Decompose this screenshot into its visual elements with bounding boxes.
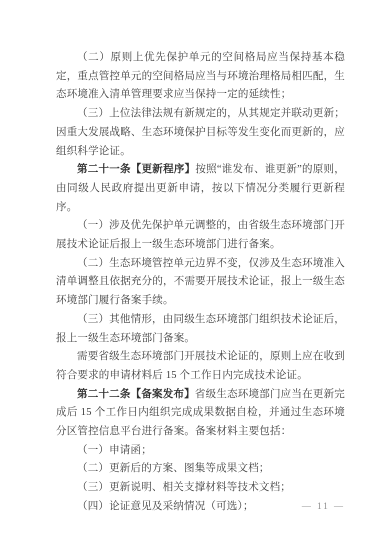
document-body: （二）原则上优先保护单元的空间格局应当保持基本稳定，重点管控单元的空间格局应当与…	[56, 49, 345, 517]
paragraph-text: （四）论证意见及采纳情况（可选）；	[77, 501, 254, 512]
paragraph-text: （三）其他情形，由同级生态环境部门组织技术论证后，报上一级生态环境部门备案。	[56, 314, 345, 344]
paragraph-text: （三）更新说明、相关支撑材料等技术文档；	[77, 482, 291, 493]
paragraph-article-22: 第二十二条【备案发布】省级生态环境部门应当在更新完成后 15 个工作日内组织完成…	[56, 386, 345, 442]
list-item: （三）更新说明、相关支撑材料等技术文档；	[56, 479, 345, 498]
list-item: （二）更新后的方案、图集等成果文档；	[56, 460, 345, 479]
paragraph-text: （一）涉及优先保护单元调整的，由省级生态环境部门开展技术论证后报上一级生态环境部…	[56, 220, 345, 250]
document-page: （二）原则上优先保护单元的空间格局应当保持基本稳定，重点管控单元的空间格局应当与…	[0, 0, 390, 551]
paragraph-text: （二）生态环境管控单元边界不变，仅涉及生态环境准入清单调整且依据充分的，不需要开…	[56, 258, 345, 306]
clause-lead: 第二十二条【备案发布】	[77, 389, 195, 400]
paragraph: （二）生态环境管控单元边界不变，仅涉及生态环境准入清单调整且依据充分的，不需要开…	[56, 255, 345, 311]
page-number: — 11 —	[302, 501, 345, 511]
paragraph: （一）涉及优先保护单元调整的，由省级生态环境部门开展技术论证后报上一级生态环境部…	[56, 217, 345, 254]
paragraph: （三）上位法律法规有新规定的，从其规定并联动更新；因重大发展战略、生态环境保护目…	[56, 105, 345, 161]
paragraph-text: 需要省级生态环境部门开展技术论证的，原则上应在收到符合要求的申请材料后 15 个…	[56, 351, 345, 381]
paragraph: （二）原则上优先保护单元的空间格局应当保持基本稳定，重点管控单元的空间格局应当与…	[56, 49, 345, 105]
paragraph-text: （二）更新后的方案、图集等成果文档；	[77, 463, 270, 474]
paragraph-text: （一）申请函；	[77, 445, 152, 456]
paragraph: 需要省级生态环境部门开展技术论证的，原则上应在收到符合要求的申请材料后 15 个…	[56, 348, 345, 385]
clause-lead: 第二十一条【更新程序】	[77, 164, 195, 175]
paragraph-text: （二）原则上优先保护单元的空间格局应当保持基本稳定，重点管控单元的空间格局应当与…	[56, 52, 345, 100]
paragraph-text: （三）上位法律法规有新规定的，从其规定并联动更新；因重大发展战略、生态环境保护目…	[56, 108, 345, 156]
paragraph: （三）其他情形，由同级生态环境部门组织技术论证后，报上一级生态环境部门备案。	[56, 311, 345, 348]
paragraph-article-21: 第二十一条【更新程序】按照“谁发布、谁更新”的原则，由同级人民政府提出更新申请，…	[56, 161, 345, 217]
list-item: （一）申请函；	[56, 442, 345, 461]
